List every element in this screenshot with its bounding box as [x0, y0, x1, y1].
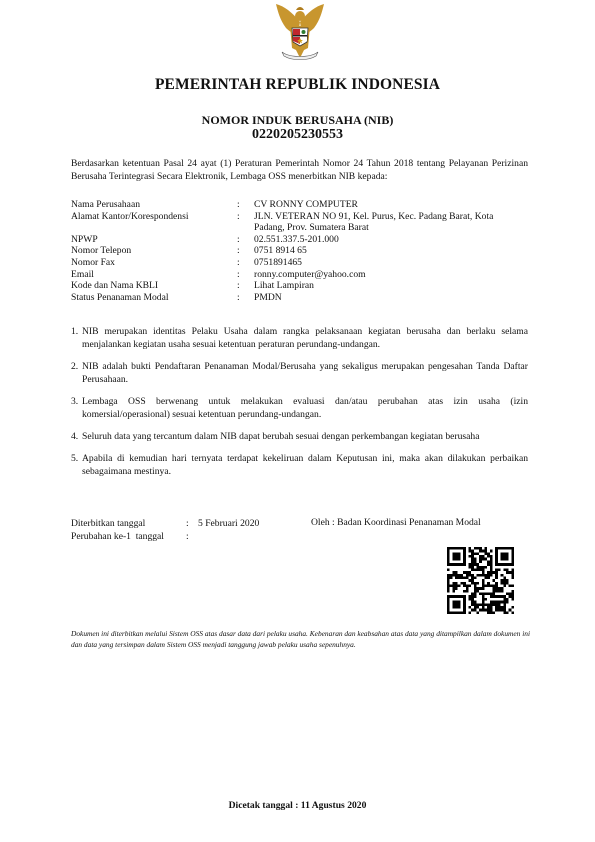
nib-number: 0220205230553: [0, 127, 595, 143]
company-details: Nama Perusahaan : CV RONNY COMPUTER Alam…: [71, 199, 531, 303]
issuance-info: Diterbitkan tanggal : 5 Februari 2020 Pe…: [71, 517, 259, 543]
field-value: ronny.computer@yahoo.com: [254, 269, 514, 281]
provision-text: Seluruh data yang tercantum dalam NIB da…: [82, 430, 528, 443]
field-label: Kode dan Nama KBLI: [71, 280, 237, 292]
provision-text: NIB adalah bukti Pendaftaran Penanaman M…: [82, 360, 528, 386]
provision-number: 1.: [71, 325, 82, 351]
field-separator: :: [237, 292, 254, 304]
field-label: Status Penanaman Modal: [71, 292, 237, 304]
disclaimer-text: Dokumen ini diterbitkan melalui Sistem O…: [71, 628, 531, 650]
field-kbli: Kode dan Nama KBLI : Lihat Lampiran: [71, 280, 531, 292]
field-separator: :: [237, 245, 254, 257]
field-separator: :: [237, 269, 254, 281]
intro-paragraph: Berdasarkan ketentuan Pasal 24 ayat (1) …: [71, 157, 528, 183]
field-value: 0751891465: [254, 257, 514, 269]
field-label: Nama Perusahaan: [71, 199, 237, 211]
field-value: CV RONNY COMPUTER: [254, 199, 514, 211]
provision-text: Lembaga OSS berwenang untuk melakukan ev…: [82, 395, 528, 421]
document-title: PEMERINTAH REPUBLIK INDONESIA: [0, 76, 595, 94]
change-separator: :: [186, 530, 198, 543]
provision-item: 4. Seluruh data yang tercantum dalam NIB…: [71, 430, 528, 443]
field-label: Nomor Fax: [71, 257, 237, 269]
provisions-list: 1. NIB merupakan identitas Pelaku Usaha …: [71, 325, 528, 487]
field-label: NPWP: [71, 234, 237, 246]
issued-separator: :: [186, 517, 198, 530]
provision-number: 5.: [71, 452, 82, 478]
field-separator: :: [237, 199, 254, 211]
field-separator: :: [237, 257, 254, 269]
provision-number: 4.: [71, 430, 82, 443]
issued-value: 5 Februari 2020: [198, 517, 259, 530]
field-separator: :: [237, 280, 254, 292]
field-fax: Nomor Fax : 0751891465: [71, 257, 531, 269]
field-value: JLN. VETERAN NO 91, Kel. Purus, Kec. Pad…: [254, 211, 514, 234]
field-value: Lihat Lampiran: [254, 280, 514, 292]
change-date-row: Perubahan ke-1 tanggal :: [71, 530, 259, 543]
provision-item: 1. NIB merupakan identitas Pelaku Usaha …: [71, 325, 528, 351]
issued-date-row: Diterbitkan tanggal : 5 Februari 2020: [71, 517, 259, 530]
field-investment-status: Status Penanaman Modal : PMDN: [71, 292, 531, 304]
provision-item: 5. Apabila di kemudian hari ternyata ter…: [71, 452, 528, 478]
provision-item: 2. NIB adalah bukti Pendaftaran Penanama…: [71, 360, 528, 386]
field-value: 0751 8914 65: [254, 245, 514, 257]
provision-number: 3.: [71, 395, 82, 421]
provision-item: 3. Lembaga OSS berwenang untuk melakukan…: [71, 395, 528, 421]
provision-text: Apabila di kemudian hari ternyata terdap…: [82, 452, 528, 478]
field-label: Alamat Kantor/Korespondensi: [71, 211, 237, 234]
issued-label: Diterbitkan tanggal: [71, 517, 186, 530]
field-label: Nomor Telepon: [71, 245, 237, 257]
issuing-authority: Oleh : Badan Koordinasi Penanaman Modal: [311, 517, 481, 528]
field-value: 02.551.337.5-201.000: [254, 234, 514, 246]
field-email: Email : ronny.computer@yahoo.com: [71, 269, 531, 281]
field-separator: :: [237, 234, 254, 246]
provision-text: NIB merupakan identitas Pelaku Usaha dal…: [82, 325, 528, 351]
printed-date: Dicetak tanggal : 11 Agustus 2020: [0, 800, 595, 811]
change-label: Perubahan ke-1 tanggal: [71, 530, 186, 543]
field-label: Email: [71, 269, 237, 281]
field-npwp: NPWP : 02.551.337.5-201.000: [71, 234, 531, 246]
qr-code-icon: [447, 547, 514, 614]
field-company-name: Nama Perusahaan : CV RONNY COMPUTER: [71, 199, 531, 211]
provision-number: 2.: [71, 360, 82, 386]
field-address: Alamat Kantor/Korespondensi : JLN. VETER…: [71, 211, 531, 234]
nib-label: NOMOR INDUK BERUSAHA (NIB): [0, 113, 595, 128]
field-phone: Nomor Telepon : 0751 8914 65: [71, 245, 531, 257]
garuda-emblem-icon: [270, 2, 330, 64]
field-separator: :: [237, 211, 254, 234]
field-value: PMDN: [254, 292, 514, 304]
